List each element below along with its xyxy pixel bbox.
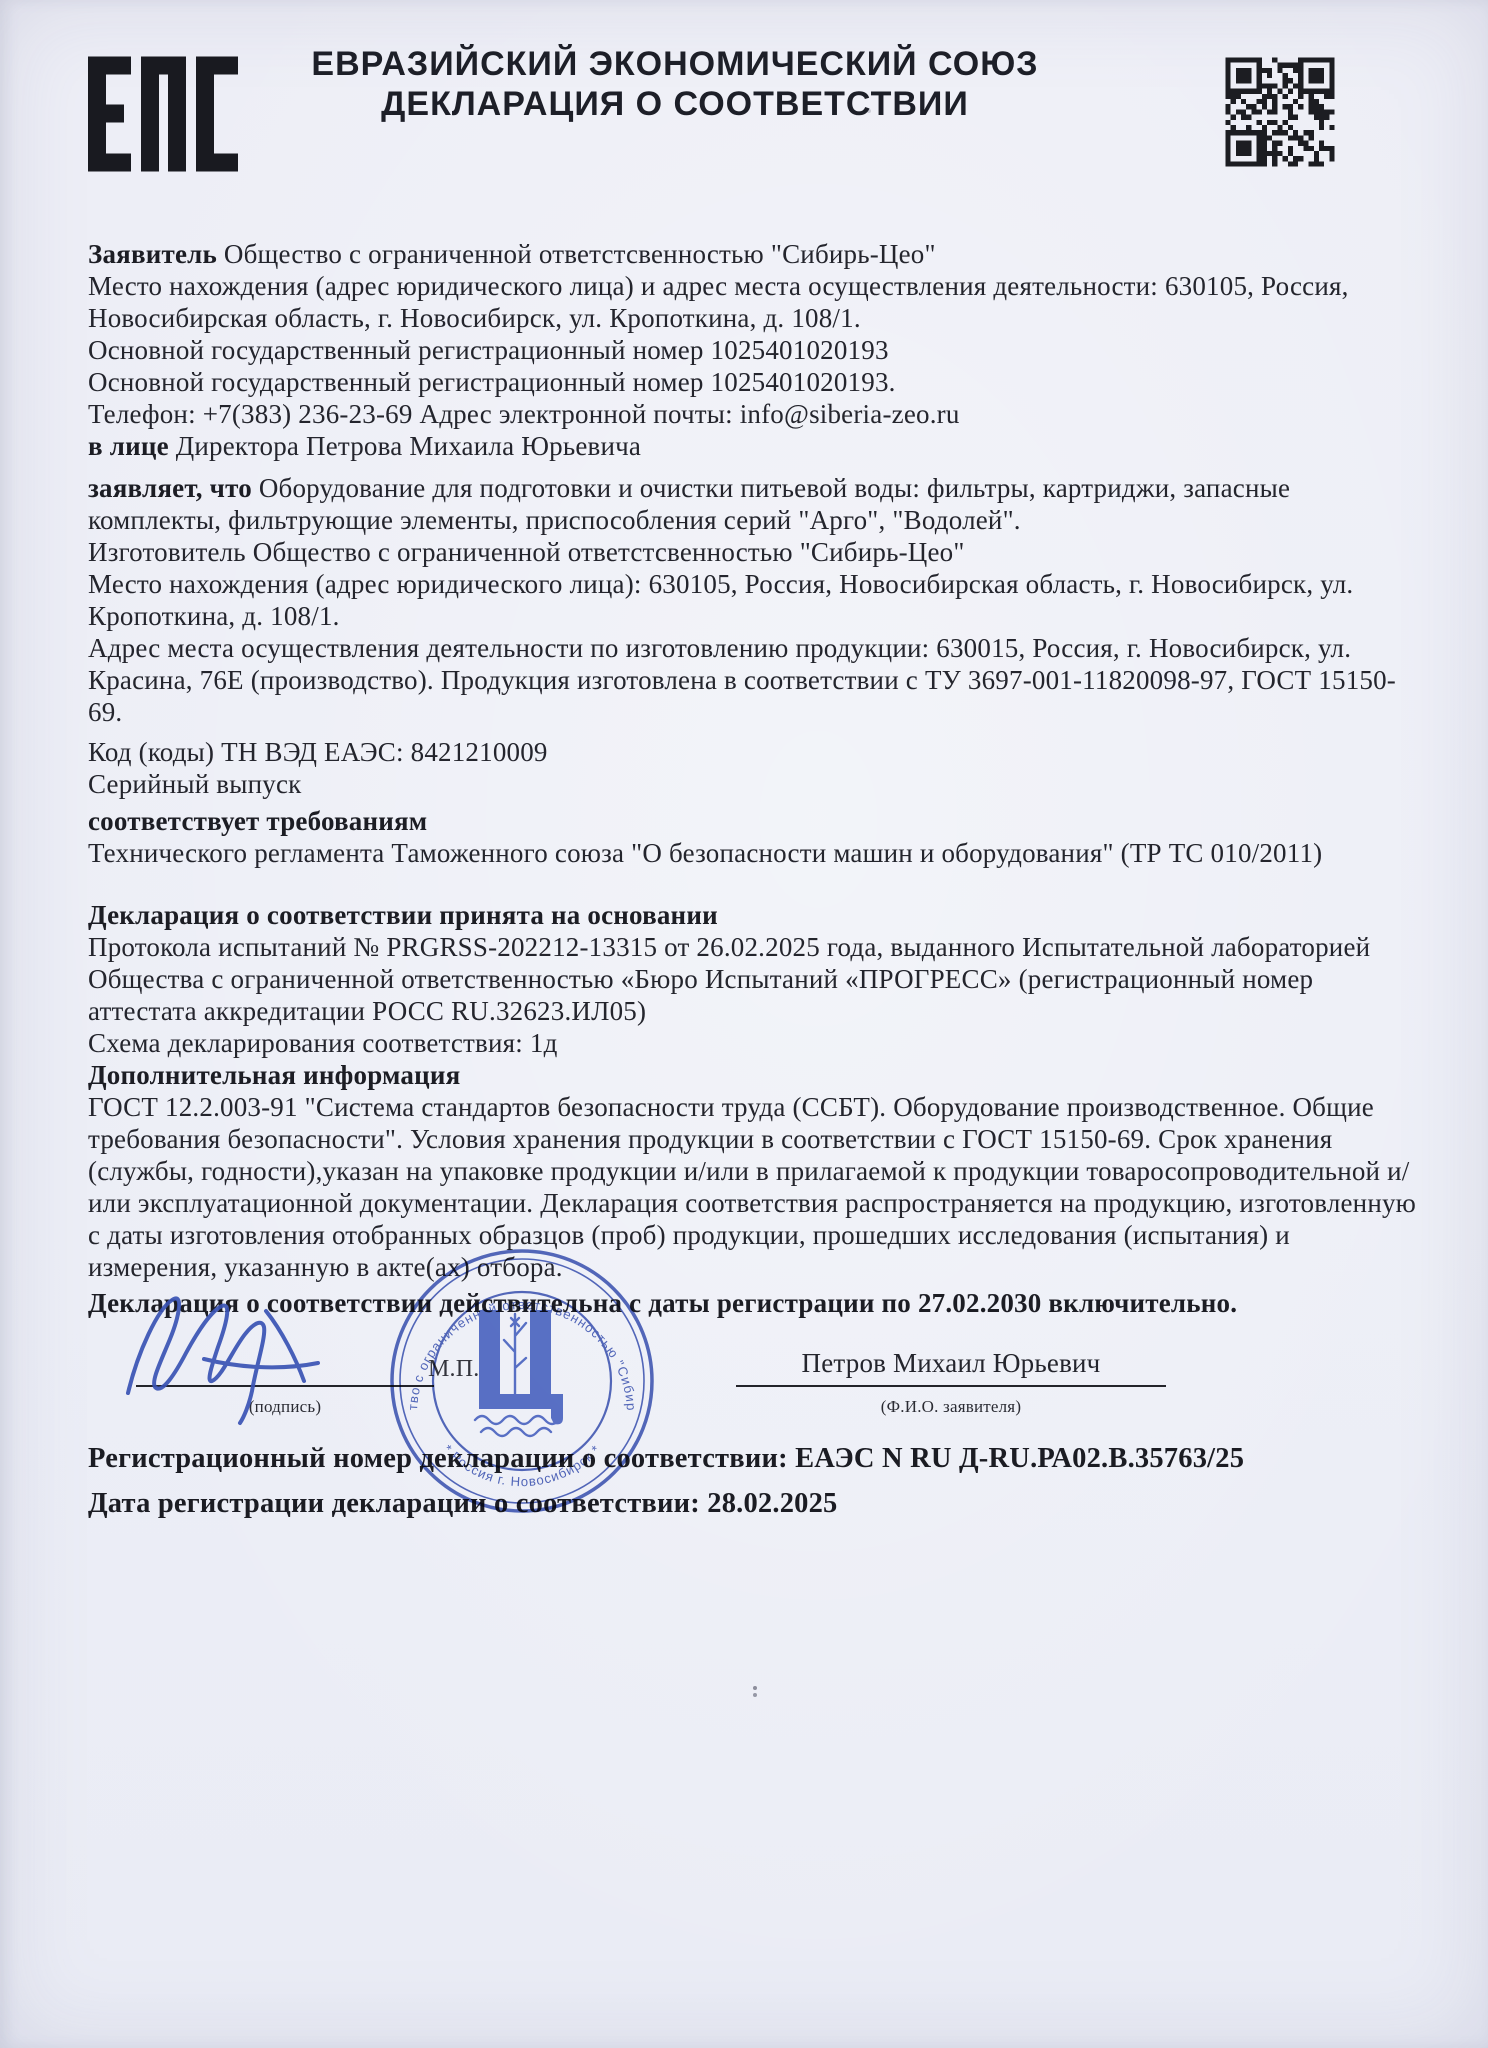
title-line-2: ДЕКЛАРАЦИЯ О СООТВЕТСТВИИ: [240, 84, 1110, 124]
text-line: в лице Директора Петрова Михаила Юрьевич…: [88, 430, 1422, 462]
scan-speck: [753, 1686, 757, 1690]
text-line: Телефон: +7(383) 236-23-69 Адрес электро…: [88, 398, 1422, 430]
tnved-code-line: Код (коды) ТН ВЭД ЕАЭС: 8421210009: [88, 736, 1422, 768]
scan-speck: [867, 109, 871, 113]
eac-logo: [88, 56, 238, 172]
company-stamp: Общество с ограниченной ответственностью…: [389, 1248, 655, 1514]
protocol-line: Протокола испытаний № PRGRSS-202212-1331…: [88, 931, 1422, 1027]
title-line-1: ЕВРАЗИЙСКИЙ ЭКОНОМИЧЕСКИЙ СОЮЗ: [240, 44, 1110, 84]
document-title: ЕВРАЗИЙСКИЙ ЭКОНОМИЧЕСКИЙ СОЮЗ ДЕКЛАРАЦИ…: [240, 44, 1110, 124]
qr-code-icon: [1220, 52, 1340, 172]
registration-block: Регистрационный номер декларации о соотв…: [88, 1443, 1422, 1520]
registration-number-line: Регистрационный номер декларации о соотв…: [88, 1443, 1422, 1475]
basis-block: Декларация о соответствии принята на осн…: [88, 899, 1422, 1283]
conformity-heading: соответствует требованиям: [88, 805, 1422, 837]
company-stamp-icon: Общество с ограниченной ответственностью…: [389, 1248, 655, 1514]
qr-code: [1220, 52, 1340, 172]
text-line: Основной государственный регистрационный…: [88, 366, 1422, 398]
additional-info-heading: Дополнительная информация: [88, 1059, 1422, 1091]
text-line: Адрес места осуществления деятельности п…: [88, 632, 1422, 728]
code-block: Код (коды) ТН ВЭД ЕАЭС: 8421210009 Серий…: [88, 736, 1422, 869]
declarant-name-line: [736, 1385, 1166, 1387]
text-line: Изготовитель Общество с ограниченной отв…: [88, 536, 1422, 568]
scheme-line: Схема декларирования соответствия: 1д: [88, 1027, 1422, 1059]
product-block: заявляет, что Оборудование для подготовк…: [88, 472, 1422, 728]
document-body: Заявитель Общество с ограниченной ответс…: [88, 238, 1422, 1533]
additional-info-text: ГОСТ 12.2.003-91 "Система стандартов без…: [88, 1091, 1422, 1283]
registration-date-line: Дата регистрации декларации о соответств…: [88, 1488, 1422, 1520]
applicant-block: Заявитель Общество с ограниченной ответс…: [88, 238, 1422, 462]
stamp-center-logo: [475, 1310, 563, 1436]
declarant-name: Петров Михаил Юрьевич: [736, 1347, 1166, 1379]
regulation-line: Технического регламента Таможенного союз…: [88, 837, 1422, 869]
text-line: Место нахождения (адрес юридического лиц…: [88, 568, 1422, 632]
signature-icon: [106, 1275, 366, 1427]
declarant-name-caption: (Ф.И.О. заявителя): [736, 1391, 1166, 1423]
serial-release-line: Серийный выпуск: [88, 768, 1422, 800]
text-line: заявляет, что Оборудование для подготовк…: [88, 472, 1422, 536]
declaration-document: ЕВРАЗИЙСКИЙ ЭКОНОМИЧЕСКИЙ СОЮЗ ДЕКЛАРАЦИ…: [0, 0, 1488, 2048]
text-line: Место нахождения (адрес юридического лиц…: [88, 270, 1422, 334]
signature-row: (подпись) М.П. Петров Михаил Юрьевич (Ф.…: [88, 1319, 1422, 1431]
eac-logo-icon: [88, 56, 238, 172]
text-line: Основной государственный регистрационный…: [88, 334, 1422, 366]
text-line: Заявитель Общество с ограниченной ответс…: [88, 238, 1422, 270]
basis-heading: Декларация о соответствии принята на осн…: [88, 899, 1422, 931]
